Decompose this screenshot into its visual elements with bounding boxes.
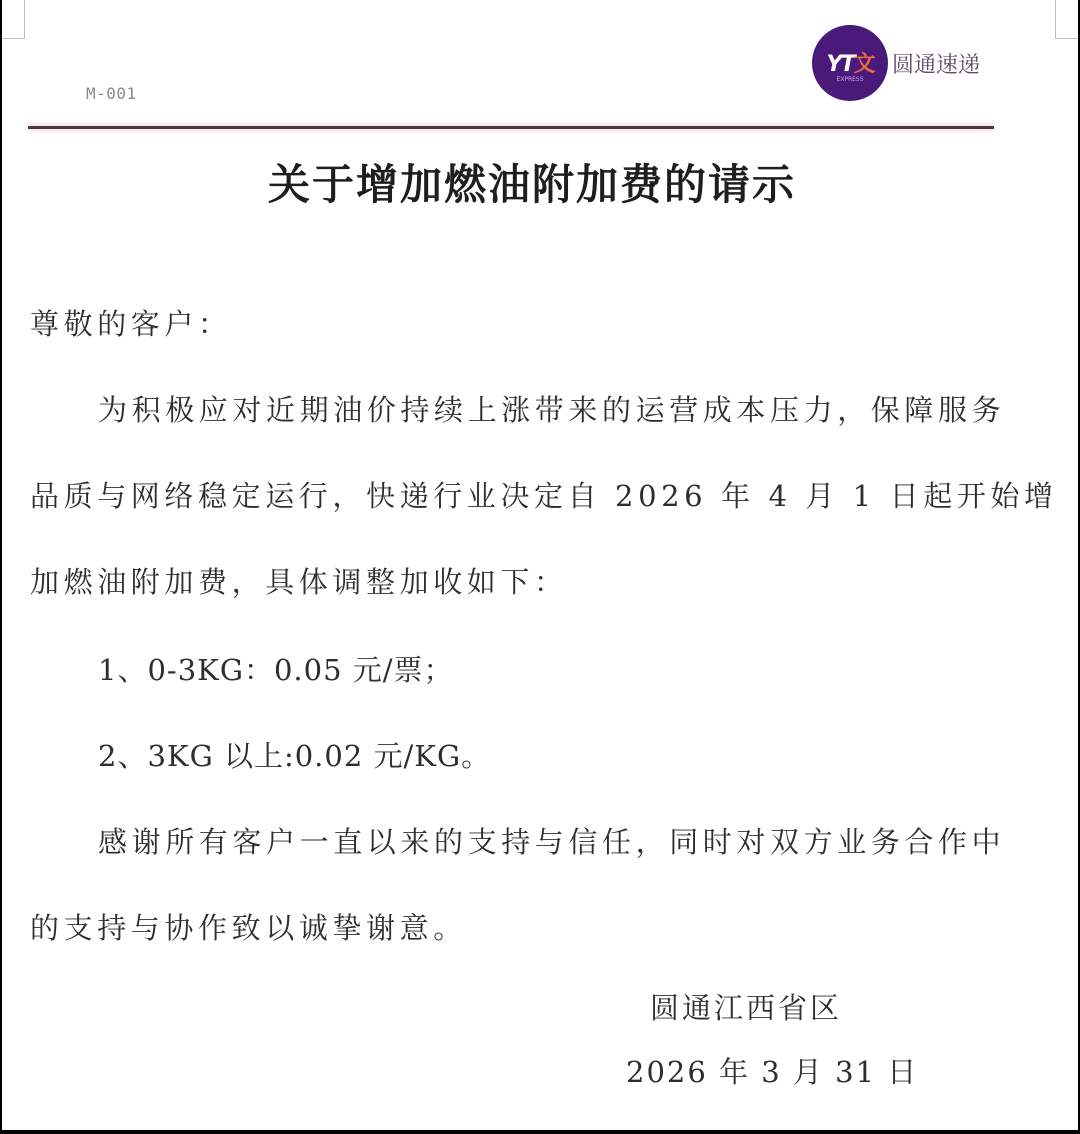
logo-emblem-icon: YT文 EXPRESS bbox=[812, 25, 888, 101]
signature-date: 2026 年 3 月 31 日 bbox=[626, 1050, 918, 1091]
logo-brand-name: 圆通速递 bbox=[892, 48, 980, 79]
document-title: 关于增加燃油附加费的请示 bbox=[0, 152, 1072, 212]
paragraph-1-line-3: 加燃油附加费，具体调整加收如下： bbox=[30, 560, 568, 601]
logo-mark-text: YT bbox=[827, 52, 854, 77]
salutation: 尊敬的客户： bbox=[30, 302, 232, 343]
document-page: M-001 YT文 EXPRESS 圆通速递 关于增加燃油附加费的请示 尊敬的客… bbox=[2, 0, 1078, 1130]
signature-organization: 圆通江西省区 bbox=[650, 986, 842, 1027]
page-corner-mark-top-right bbox=[1055, 0, 1078, 39]
paragraph-1-line-1: 为积极应对近期油价持续上涨带来的运营成本压力，保障服务 bbox=[98, 388, 1005, 429]
paragraph-1-line-2: 品质与网络稳定运行，快递行业决定自 2026 年 4 月 1 日起开始增 bbox=[30, 474, 1058, 515]
company-logo: YT文 EXPRESS 圆通速递 bbox=[812, 25, 980, 101]
header-divider bbox=[28, 126, 994, 129]
fee-item-1: 1、0-3KG：0.05 元/票； bbox=[98, 648, 454, 689]
paragraph-2-line-2: 的支持与协作致以诚挚谢意。 bbox=[30, 906, 467, 947]
paragraph-2-line-1: 感谢所有客户一直以来的支持与信任，同时对双方业务合作中 bbox=[98, 820, 1005, 861]
logo-mark-accent: 文 bbox=[853, 52, 873, 77]
page-corner-mark-top-left bbox=[2, 0, 25, 39]
fee-item-2: 2、3KG 以上:0.02 元/KG。 bbox=[98, 734, 491, 775]
document-code: M-001 bbox=[86, 84, 137, 103]
logo-mark: YT文 bbox=[827, 47, 874, 78]
logo-subtext: EXPRESS bbox=[836, 76, 863, 83]
